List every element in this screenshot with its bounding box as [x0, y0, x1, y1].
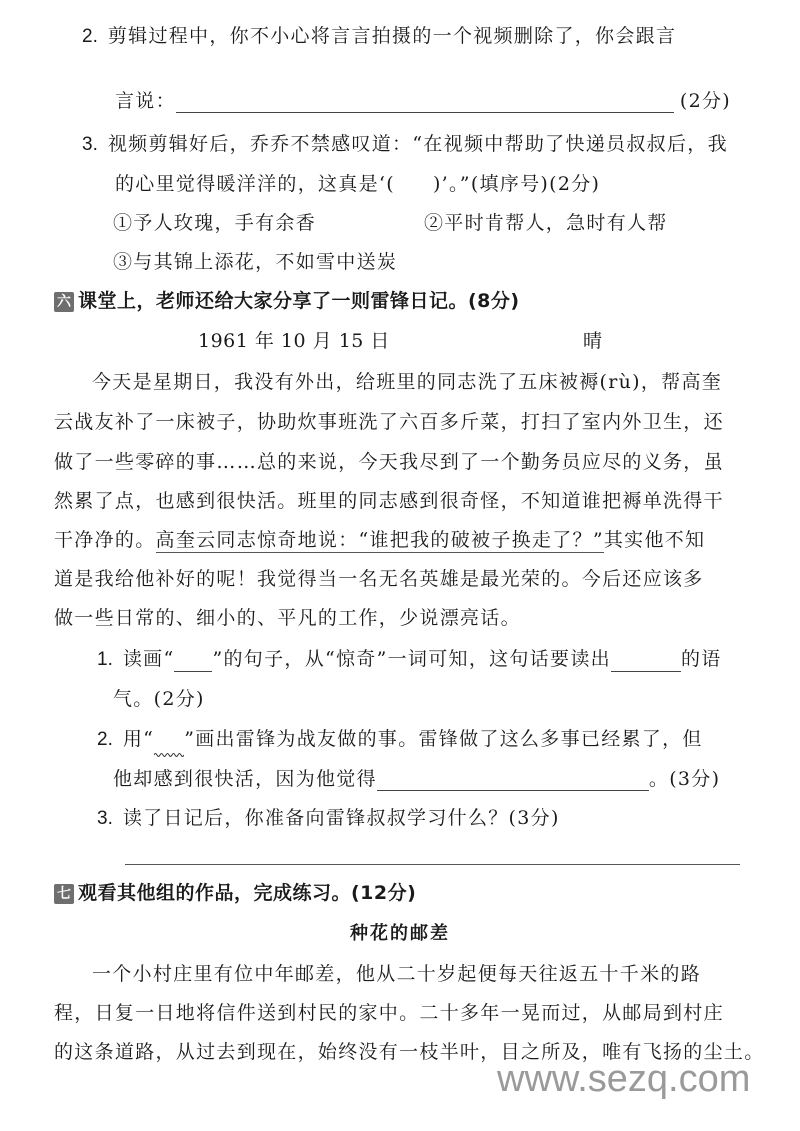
- question-5-3-line2: 的心里觉得暖洋洋的，这真是‘()’。”(填序号)(2分): [115, 172, 600, 196]
- question-6-1: 1.读画“”的句子，从“惊奇”一词可知，这句话要读出的语: [97, 647, 722, 672]
- section-7-heading: 七观看其他组的作品，完成练习。(12分): [54, 881, 416, 905]
- question-text: 剪辑过程中，你不小心将言言拍摄的一个视频删除了，你会跟言: [108, 25, 676, 47]
- question-5-2: 2.剪辑过程中，你不小心将言言拍摄的一个视频删除了，你会跟言: [82, 24, 676, 49]
- option-1: ①予人玫瑰，手有余香: [113, 211, 316, 235]
- text-segment: 其实他不知: [604, 529, 706, 551]
- story-title: 种花的邮差: [350, 922, 450, 946]
- diary-weather: 晴: [583, 329, 603, 353]
- straight-underline-sample: [174, 653, 212, 672]
- underlined-sentence: 高奎云同志惊奇地说：“谁把我的破被子换走了？”: [156, 529, 604, 553]
- answer-blank[interactable]: [611, 651, 681, 672]
- question-text: ”的句子，从“惊奇”一词可知，这句话要读出: [212, 648, 610, 670]
- paragraph-line: 今天是星期日，我没有外出，给班里的同志洗了五床被褥(rù)，帮高奎: [92, 370, 722, 394]
- section-number-badge: 六: [54, 292, 74, 312]
- question-text: 读画“: [123, 648, 175, 670]
- question-number: 3.: [97, 808, 113, 829]
- question-text: 的心里觉得暖洋洋的，这真是‘(: [115, 173, 395, 195]
- option-2: ②平时肯帮人，急时有人帮: [424, 211, 668, 235]
- section-number-badge: 七: [54, 884, 74, 904]
- question-number: 2.: [82, 26, 98, 47]
- text-segment: 干净净的。: [54, 529, 156, 551]
- question-number: 3.: [82, 134, 98, 155]
- paragraph-line: 云战友补了一床被子，协助炊事班洗了六百多斤菜，打扫了室内外卫生，还: [54, 410, 724, 434]
- paragraph-line: 一个小村庄里有位中年邮差，他从二十岁起便每天往返五十千米的路: [92, 962, 701, 986]
- answer-blank[interactable]: [176, 92, 674, 113]
- question-6-3: 3.读了日记后，你准备向雷锋叔叔学习什么？(3分): [97, 806, 560, 831]
- question-text: ”画出雷锋为战友做的事。雷锋做了这么多事已经累了，但: [184, 728, 703, 750]
- answer-blank[interactable]: [377, 770, 649, 791]
- section-6-heading: 六课堂上，老师还给大家分享了一则雷锋日记。(8分): [54, 289, 520, 313]
- diary-date: 1961 年 10 月 15 日: [198, 329, 390, 353]
- paragraph-line: 然累了点，也感到很快活。班里的同志感到很奇怪，不知道谁把褥单洗得干: [54, 489, 724, 513]
- question-text: 用“: [123, 728, 154, 750]
- question-6-1-line2: 气。(2分): [113, 687, 205, 711]
- wavy-underline-sample: [154, 732, 184, 752]
- question-text: 视频剪辑好后，乔乔不禁感叹道：“在视频中帮助了快递员叔叔后，我: [108, 133, 728, 155]
- question-number: 1.: [97, 649, 113, 670]
- answer-writing-line[interactable]: [125, 864, 740, 865]
- answer-prefix: 言说：: [115, 90, 176, 112]
- question-text: 的语: [681, 648, 722, 670]
- question-number: 2.: [97, 729, 113, 750]
- question-6-2: 2.用“”画出雷锋为战友做的事。雷锋做了这么多事已经累了，但: [97, 727, 703, 752]
- question-text: 读了日记后，你准备向雷锋叔叔学习什么？(3分): [123, 807, 560, 829]
- question-text: 。(3分): [649, 768, 720, 790]
- paragraph-line: 做一些日常的、细小的、平凡的工作，少说漂亮话。: [54, 606, 521, 630]
- paragraph-line: 道是我给他补好的呢！我觉得当一名无名英雄是最光荣的。今后还应该多: [54, 567, 704, 591]
- paragraph-line: 程，日复一日地将信件送到村民的家中。二十多年一晃而过，从邮局到村庄: [54, 1001, 724, 1025]
- question-6-2-line2: 他却感到很快活，因为他觉得。(3分): [113, 767, 720, 791]
- section-title: 课堂上，老师还给大家分享了一则雷锋日记。(8分): [78, 290, 520, 312]
- paragraph-line: 做了一些零碎的事……总的来说，今天我尽到了一个勤务员应尽的义务，虽: [54, 450, 724, 474]
- question-5-2-answer-row: 言说：(2分): [115, 89, 731, 113]
- paragraph-line: 干净净的。高奎云同志惊奇地说：“谁把我的破被子换走了？”其实他不知: [54, 528, 705, 552]
- section-title: 观看其他组的作品，完成练习。(12分): [78, 882, 416, 904]
- option-3: ③与其锦上添花，不如雪中送炭: [113, 250, 397, 274]
- watermark: www.sezq.com: [497, 1058, 750, 1101]
- question-5-3: 3.视频剪辑好后，乔乔不禁感叹道：“在视频中帮助了快递员叔叔后，我: [82, 132, 728, 157]
- question-text: )’。”(填序号)(2分): [433, 173, 600, 195]
- score-label: (2分): [680, 90, 731, 112]
- question-text: 他却感到很快活，因为他觉得: [113, 768, 377, 790]
